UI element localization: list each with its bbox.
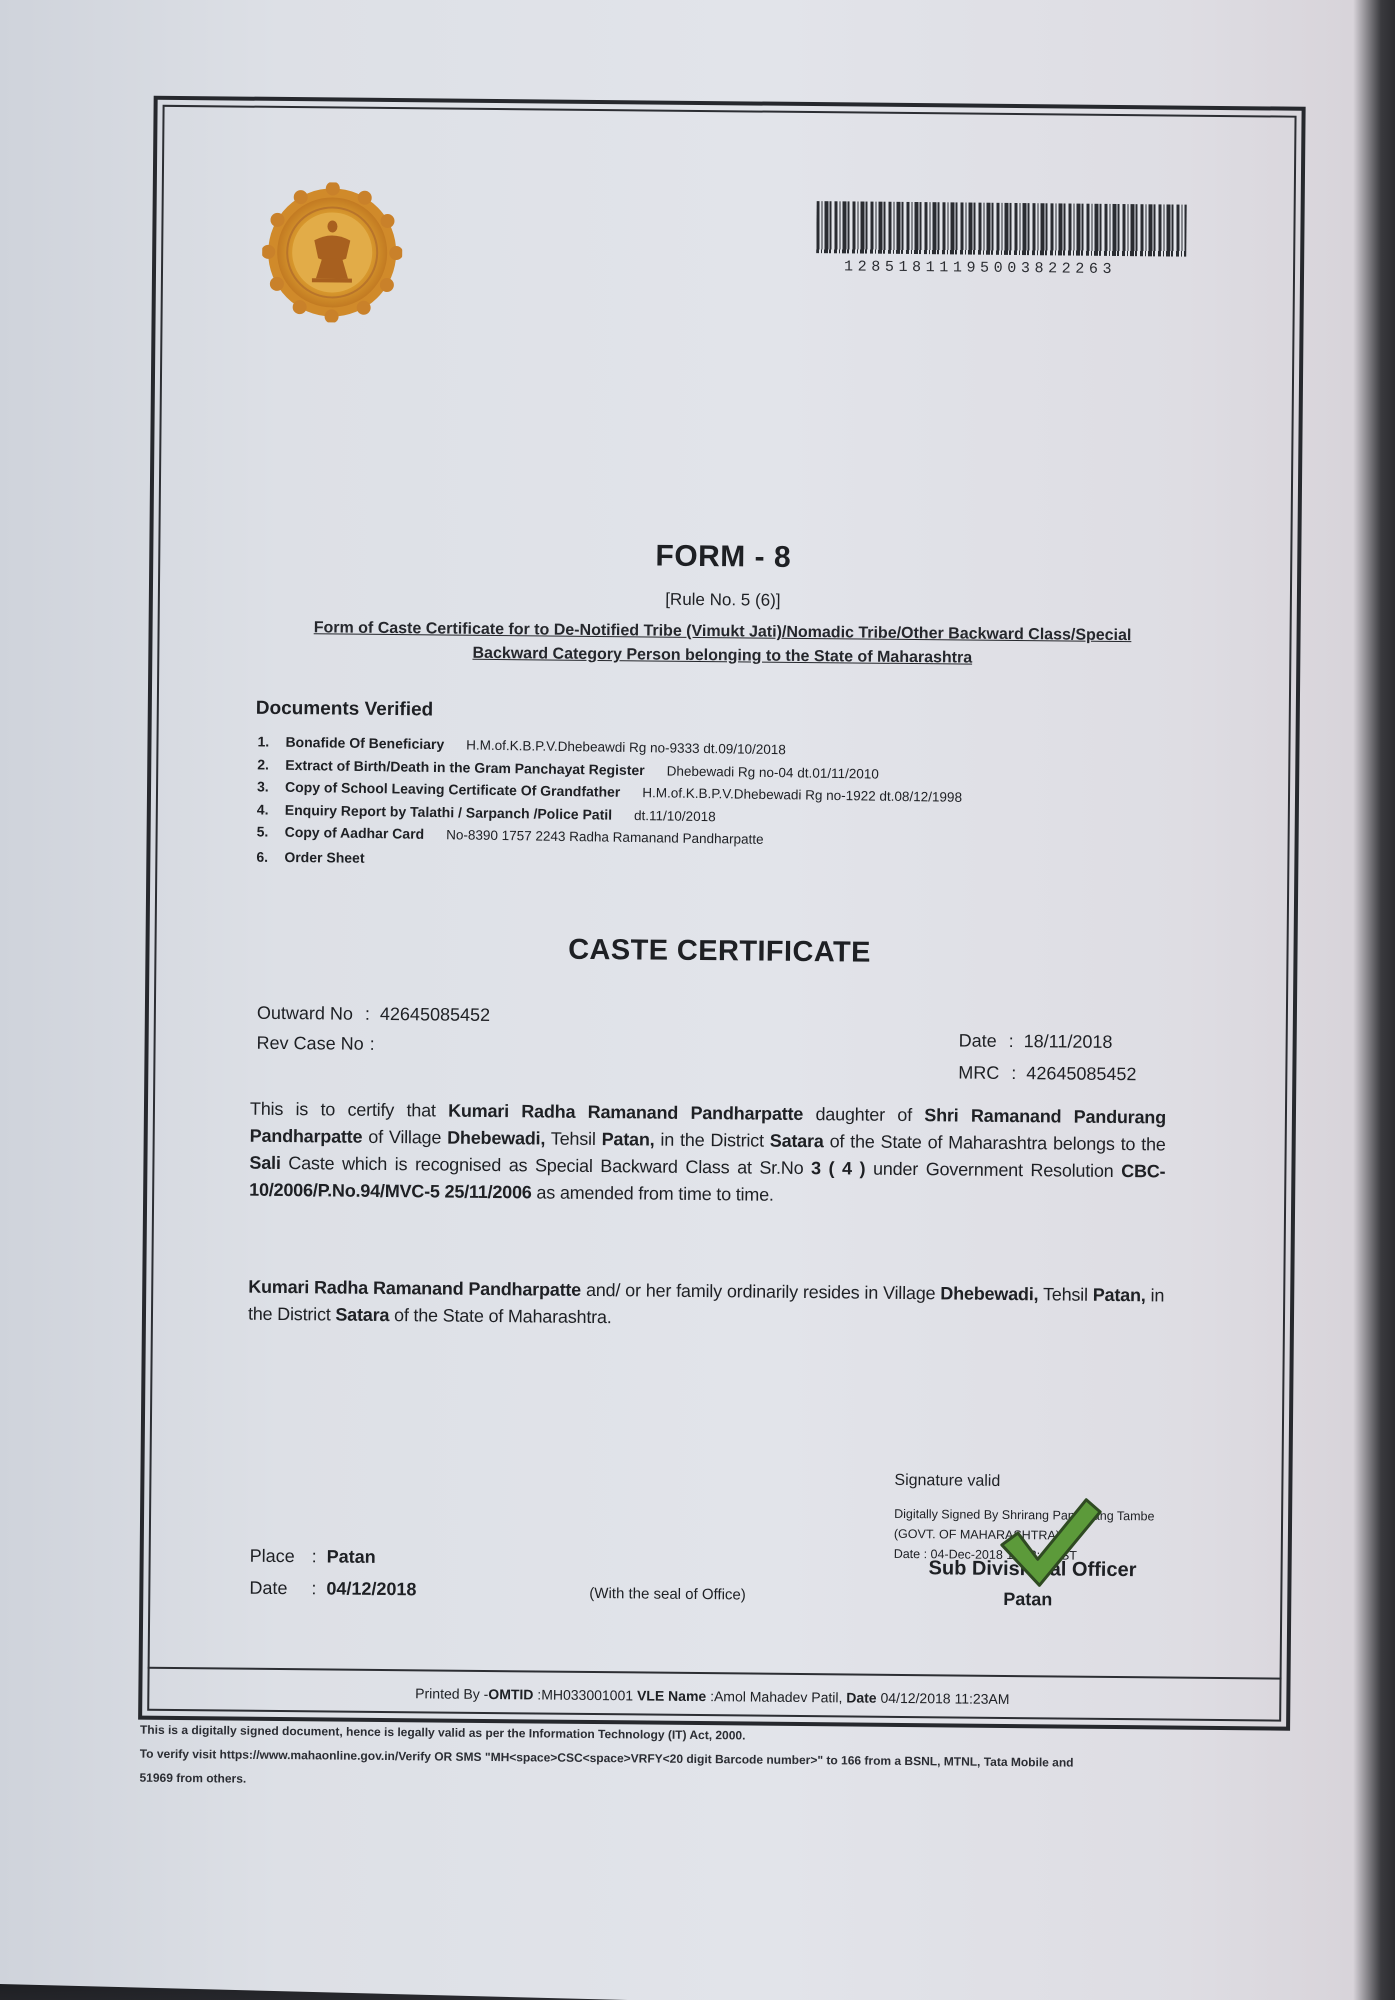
place-value: Patan <box>327 1546 376 1566</box>
village: Dhebewadi, <box>447 1128 545 1149</box>
item-name: Order Sheet <box>284 849 364 866</box>
seal-note: (With the seal of Office) <box>589 1585 746 1604</box>
tehsil: Patan, <box>1093 1285 1146 1306</box>
date-mrc: Date:18/11/2018 MRC:42645085452 <box>958 1024 1137 1090</box>
certification-paragraph: This is to certify that Kumari Radha Ram… <box>249 1096 1166 1213</box>
item-name: Bonafide Of Beneficiary <box>285 734 444 752</box>
state-seal-icon <box>262 182 403 323</box>
item-detail: H.M.of.K.B.P.V.Dhebeawdi Rg no-9333 dt.0… <box>466 737 786 757</box>
date-value: 18/11/2018 <box>1024 1031 1113 1052</box>
applicant-name: Kumari Radha Ramanand Pandharpatte <box>448 1101 803 1124</box>
legal-note: This is a digitally signed document, hen… <box>139 1718 1260 1801</box>
mrc-label: MRC <box>958 1056 999 1088</box>
item-detail: Dhebewadi Rg no-04 dt.01/11/2010 <box>667 763 879 781</box>
village: Dhebewadi, <box>940 1283 1038 1304</box>
rev-case-no-label: Rev Case No <box>256 1028 363 1059</box>
item-name: Copy of Aadhar Card <box>285 824 425 842</box>
district: Satara <box>770 1131 824 1152</box>
item-number: 4. <box>257 801 285 817</box>
item-detail: No-8390 1757 2243 Radha Ramanand Pandhar… <box>446 827 764 847</box>
district: Satara <box>335 1305 389 1326</box>
item-detail: H.M.of.K.B.P.V.Dhebewadi Rg no-1922 dt.0… <box>642 785 962 805</box>
item-number: 5. <box>257 823 285 839</box>
mrc-value: 42645085452 <box>1026 1063 1136 1084</box>
item-number: 1. <box>257 733 285 749</box>
outward-no-value: 42645085452 <box>380 1004 490 1025</box>
documents-verified-heading: Documents Verified <box>256 698 434 722</box>
issue-date-label: Date <box>249 1572 299 1604</box>
date-label: Date <box>959 1024 997 1056</box>
tehsil: Patan, <box>602 1129 655 1150</box>
issue-date-value: 04/12/2018 <box>326 1578 416 1599</box>
barcode <box>816 201 1186 257</box>
signature-status: Signature valid <box>894 1472 1224 1493</box>
reference-numbers: Outward No:42645085452 Rev Case No: <box>256 998 490 1060</box>
applicant-name: Radha Ramanand Pandharpatte <box>314 1277 581 1300</box>
outward-no-label: Outward No <box>257 998 353 1029</box>
print-date: 04/12/2018 11:23AM <box>877 1690 1010 1707</box>
place-date-block: Place:Patan Date:04/12/2018 <box>249 1540 417 1606</box>
documents-verified-list: 1.Bonafide Of BeneficiaryH.M.of.K.B.P.V.… <box>256 736 1157 880</box>
serial-number: 3 ( 4 ) <box>811 1158 865 1179</box>
vle-name: :Amol Mahadev Patil, <box>706 1688 846 1705</box>
item-number: 2. <box>257 756 285 772</box>
item-detail: dt.11/10/2018 <box>634 807 716 823</box>
form-subtitle: Form of Caste Certificate for to De-Noti… <box>292 616 1152 672</box>
place-label: Place <box>250 1540 300 1572</box>
caste: Sali <box>249 1153 280 1173</box>
signature-valid-check-icon <box>993 1493 1104 1594</box>
residence-paragraph: Kumari Radha Ramanand Pandharpatte and/ … <box>248 1274 1164 1337</box>
item-number: 6. <box>256 848 284 864</box>
item-number: 3. <box>257 778 285 794</box>
barcode-number: 12851811195003822263 <box>844 258 1174 278</box>
omtid: :MH033001001 <box>533 1686 637 1703</box>
certificate-sheet: 12851811195003822263 FORM - 8 [Rule No. … <box>0 0 1395 2000</box>
